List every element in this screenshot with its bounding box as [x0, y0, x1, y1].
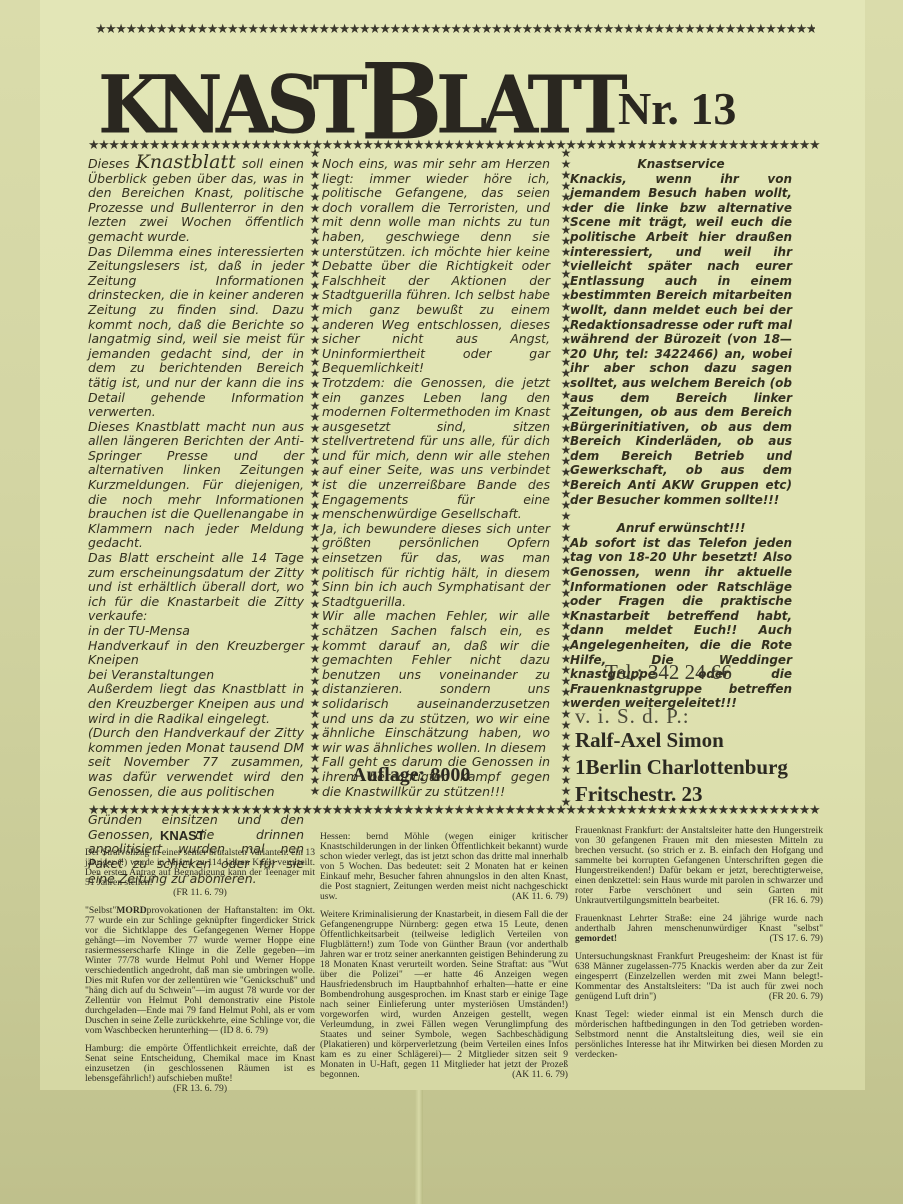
editorial-paragraph: Ja, ich bewundere dieses sich unter größ… [322, 522, 550, 610]
news-item: Frauenknast Frankfurt: der Anstaltsleite… [575, 826, 823, 906]
knastservice-heading: Knastservice [570, 157, 792, 172]
radikal-paragraph: Außerdem liegt das Knastblatt in den Kre… [88, 682, 304, 726]
telephone-number: Tel.: 342 24 66 [605, 660, 732, 685]
issue-number: Nr. 13 [618, 82, 736, 135]
print-run: Auflage: 8000 [352, 764, 470, 787]
editorial-column: Noch eins, was mir sehr am Herzen liegt:… [322, 157, 550, 799]
masthead-title: KNASTBLATT [98, 40, 621, 164]
editorial-paragraph: Noch eins, was mir sehr am Herzen liegt:… [322, 157, 550, 376]
news-item: Frauenknast Lehrter Straße: eine 24 jähr… [575, 914, 823, 944]
news-column-1: Der Strafvollzug in einer seiner brutals… [85, 848, 315, 1102]
column-divider-1: ★★★★★★★★★★★★★★★★★★★★★★★★★★★★★★★★★★★★★★★★… [309, 148, 321, 798]
top-star-rule: ★★★★★★★★★★★★★★★★★★★★★★★★★★★★★★★★★★★★★★★★… [95, 23, 815, 37]
intro-paragraph: Dieses Knastblatt soll einen Überblick g… [88, 155, 304, 245]
visdp-label: v. i. S. d. P.: [575, 704, 690, 729]
news-column-3: Frauenknast Frankfurt: der Anstaltsleite… [575, 826, 823, 1068]
address-city: 1Berlin Charlottenburg [575, 755, 788, 780]
editorial-paragraph: Wir alle machen Fehler, wir alle schätze… [322, 609, 550, 755]
news-item: "Selbst"MORDprovokationen der Haftanstal… [85, 906, 315, 1036]
editorial-paragraph: Trotzdem: die Genossen, die jetzt ein ga… [322, 376, 550, 522]
knastservice-paragraph: Knackis, wenn ihr von jemandem Besuch ha… [570, 172, 792, 508]
news-item: Hamburg: die empörte Öffentlichkeit erre… [85, 1044, 315, 1094]
location-item: bei Veranstaltungen [88, 668, 304, 683]
purpose-paragraph: Dieses Knastblatt macht nun aus allen lä… [88, 420, 304, 551]
intro-column: Dieses Knastblatt soll einen Überblick g… [88, 155, 304, 886]
page-fold [415, 1090, 423, 1204]
anruf-heading: Anruf erwünscht!!! [570, 521, 792, 536]
news-item: Der Strafvollzug in einer seiner brutals… [85, 848, 315, 898]
sales-paragraph: (Durch den Handverkauf der Zitty kommen … [88, 726, 304, 799]
news-item: Untersuchungsknast Frankfurt Preugesheim… [575, 952, 823, 1002]
news-item: Knast Tegel: wieder einmal ist ein Mensc… [575, 1010, 823, 1060]
service-column: Knastservice Knackis, wenn ihr von jeman… [570, 157, 792, 711]
location-item: in der TU-Mensa [88, 624, 304, 639]
address-street: Fritschestr. 23 [575, 782, 703, 807]
knast-section-title: KNAST [160, 828, 205, 843]
address-name: Ralf-Axel Simon [575, 728, 724, 753]
news-item: Hessen: bernd Möhle (wegen einiger kriti… [320, 832, 568, 902]
dilemma-paragraph: Das Dilemma eines interessierten Zeitung… [88, 245, 304, 420]
location-item: Handverkauf in den Kreuzberger Kneipen [88, 639, 304, 668]
news-column-2: Hessen: bernd Möhle (wegen einiger kriti… [320, 832, 568, 1088]
distribution-paragraph: Das Blatt erscheint alle 14 Tage zum ers… [88, 551, 304, 624]
news-item: Weitere Kriminalisierung der Knastarbeit… [320, 910, 568, 1080]
